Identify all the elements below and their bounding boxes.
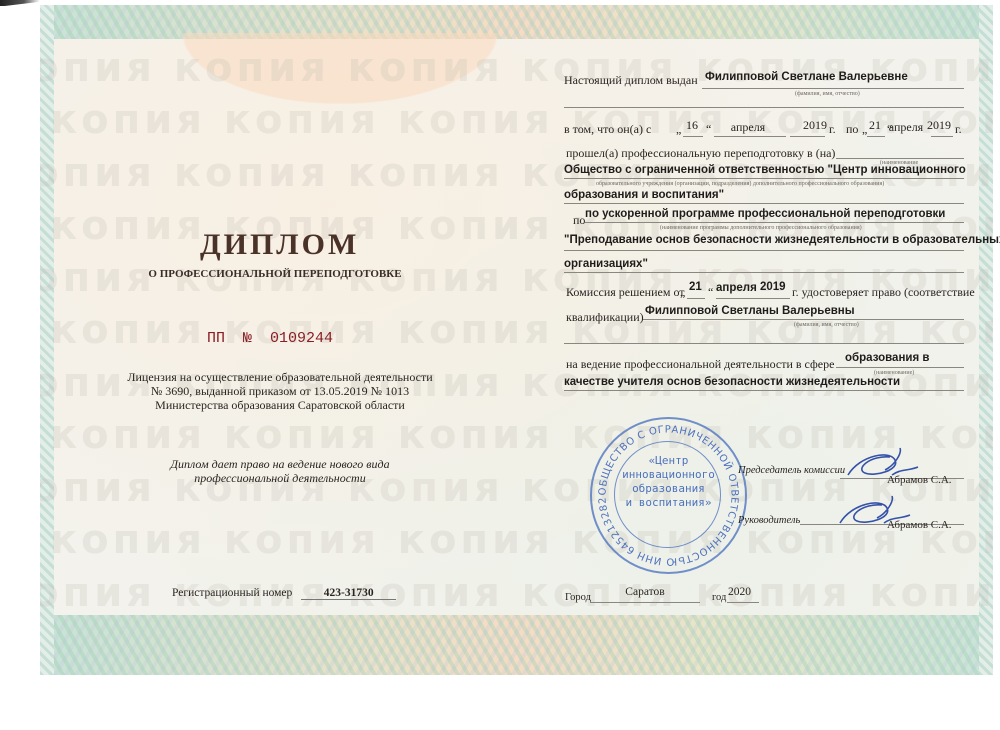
period-prefix: в том, что он(а) с [564, 122, 651, 137]
from-year: 2019 [767, 118, 827, 133]
commission-year: 2019 [760, 281, 786, 293]
year-label: год [712, 592, 726, 603]
registration-number-field: Регистрационный номер 423-31730 [172, 587, 396, 600]
program-line-3: организациях" [564, 258, 648, 270]
commission-day: 21 [689, 281, 702, 293]
license-line: Лицензия на осуществление образовательно… [120, 370, 440, 384]
guilloche-border-right [979, 5, 993, 675]
fio-caption: (фамилия, имя, отчество) [795, 91, 860, 97]
to-prefix: по [846, 122, 858, 137]
to-year: 2019 [927, 118, 951, 133]
number-sign: № [243, 330, 252, 347]
fio-caption: (фамилия, имя, отчество) [794, 322, 859, 328]
issued-to-label: Настоящий диплом выдан [564, 73, 698, 88]
qualification-name: Филипповой Светланы Валерьевны [645, 305, 855, 317]
chairman-name: Абрамов С.А. [887, 474, 952, 486]
scan-edge-shadow [0, 0, 40, 6]
sphere-value-2: качестве учителя основ безопасности жизн… [564, 376, 900, 388]
note-line: Диплом дает право на ведение нового вида [120, 457, 440, 471]
from-day: 16 [686, 118, 698, 133]
diploma-subtitle: О ПРОФЕССИОНАЛЬНОЙ ПЕРЕПОДГОТОВКЕ [110, 268, 440, 280]
guilloche-border-left [40, 5, 54, 675]
commission-prefix: Комиссия решением от [566, 285, 685, 300]
year-value: 2020 [728, 586, 751, 598]
org-line-2: образования и воспитания" [564, 189, 724, 201]
year-suffix: г. [955, 122, 962, 137]
diploma-sheet: копия копия копия копия копия копия копи… [40, 5, 993, 675]
organization-stamp: ОБЩЕСТВО С ОГРАНИЧЕННОЙ ОТВЕТСТВЕННОСТЬЮ… [590, 417, 747, 574]
diploma-right-note: Диплом дает право на ведение нового вида… [120, 457, 440, 485]
commission-month: апреля [716, 282, 757, 294]
license-line: № 3690, выданной приказом от 13.05.2019 … [120, 384, 440, 398]
guilloche-ornament-top [140, 33, 540, 123]
program-prefix: по [573, 213, 585, 228]
program-line-2: "Преподавание основ безопасности жизнеде… [564, 234, 1000, 246]
series: ПП [207, 330, 225, 347]
city-label: Город [565, 592, 591, 603]
note-line: профессиональной деятельности [120, 471, 440, 485]
head-label: Руководитель [738, 515, 800, 526]
sphere-value-1: образования в [845, 352, 929, 364]
org-line-1: Общество с ограниченной ответственностью… [564, 164, 966, 176]
program-caption: (наименование программы дополнительного … [660, 225, 862, 231]
year-suffix: г. [829, 122, 836, 137]
issued-to-name: Филипповой Светлане Валерьевне [705, 71, 908, 83]
city-value: Саратов [590, 586, 700, 598]
guilloche-border-bottom [40, 615, 993, 675]
chairman-label: Председатель комиссии [738, 465, 845, 476]
license-line: Министерства образования Саратовской обл… [120, 398, 440, 412]
diploma-title: ДИПЛОМ [200, 228, 340, 262]
license-info: Лицензия на осуществление образовательно… [120, 370, 440, 412]
qualification-label: квалификации) [566, 310, 644, 325]
program-line-1: по ускоренной программе профессиональной… [585, 208, 945, 220]
number: 0109244 [270, 330, 333, 347]
commission-suffix: г. удостоверяет право (соответствие [792, 285, 975, 300]
stamp-center-text: «Центр инновационного образования и восп… [616, 454, 721, 510]
head-name: Абрамов С.А. [887, 519, 952, 531]
registration-number: 423-31730 [301, 587, 396, 600]
passed-label: прошел(а) профессиональную переподготовк… [566, 146, 835, 161]
org-caption: образовательного учреждения (организации… [596, 181, 884, 187]
registration-label: Регистрационный номер [172, 587, 292, 599]
sphere-label: на ведение профессиональной деятельности… [566, 357, 834, 372]
diploma-serial-number: ПП № 0109244 [190, 330, 350, 347]
